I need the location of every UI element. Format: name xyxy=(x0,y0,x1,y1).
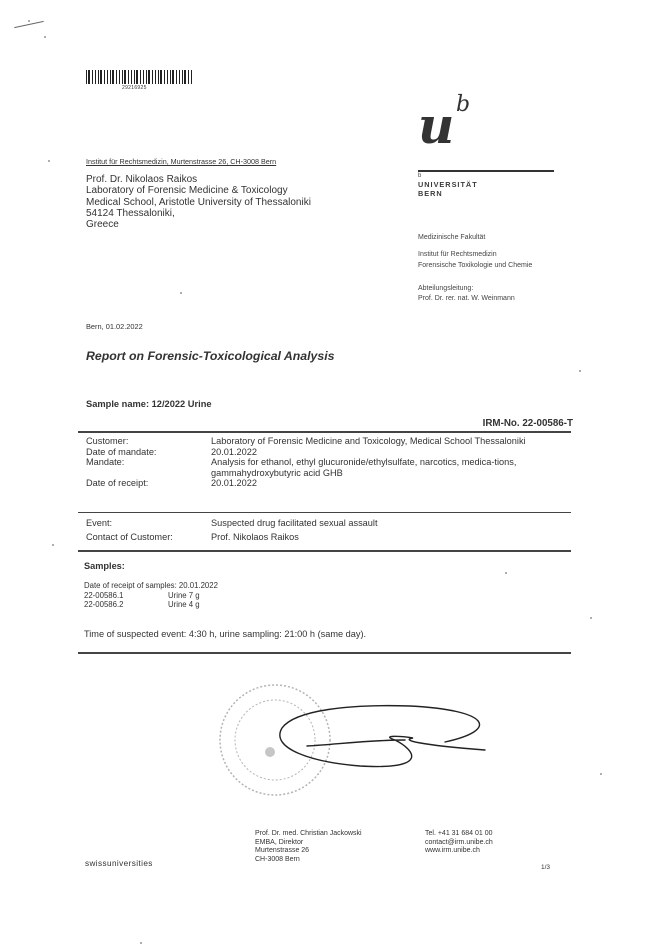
recipient-line: Greece xyxy=(86,219,311,230)
event-details-table: Event: Suspected drug facilitated sexual… xyxy=(86,518,561,542)
department-head-name: Prof. Dr. rer. nat. W. Weinmann xyxy=(418,294,515,304)
scan-speck xyxy=(590,617,592,619)
samples-list: Date of receipt of samples: 20.01.2022 2… xyxy=(84,581,218,610)
department-head-label: Abteilungsleitung: xyxy=(418,284,515,294)
footer-line: CH-3008 Bern xyxy=(255,856,362,865)
sample-id: 22-00586.2 xyxy=(84,600,168,610)
letterhead-rule xyxy=(418,170,554,172)
detail-row-mandate-date: Date of mandate: 20.01.2022 xyxy=(86,447,561,458)
case-details-table: Customer: Laboratory of Forensic Medicin… xyxy=(86,436,561,489)
detail-value: 20.01.2022 xyxy=(211,447,561,458)
university-logo-b: b xyxy=(456,92,470,117)
report-title: Report on Forensic-Toxicological Analysi… xyxy=(86,349,335,363)
detail-row-customer: Customer: Laboratory of Forensic Medicin… xyxy=(86,436,561,447)
detail-label: Date of mandate: xyxy=(86,447,211,458)
sample-row: 22-00586.1 Urine 7 g xyxy=(84,591,218,601)
university-name: UNIVERSITÄT BERN xyxy=(418,180,478,198)
official-stamp-icon xyxy=(220,685,330,795)
footer-line: EMBA, Direktor xyxy=(255,839,362,848)
phone: Tel. +41 31 684 01 00 xyxy=(425,830,493,839)
detail-value: Prof. Nikolaos Raikos xyxy=(211,532,561,543)
contact-info: Tel. +41 31 684 01 00 contact@irm.unibe.… xyxy=(425,830,493,856)
recipient-line: 54124 Thessaloniki, xyxy=(86,208,311,219)
department-head: Abteilungsleitung: Prof. Dr. rer. nat. W… xyxy=(418,284,515,303)
website-link[interactable]: www.irm.unibe.ch xyxy=(425,847,493,856)
detail-row-event: Event: Suspected drug facilitated sexual… xyxy=(86,518,561,529)
university-small-b: b xyxy=(418,173,421,179)
sample-name: Sample name: 12/2022 Urine xyxy=(86,399,212,409)
scan-speck xyxy=(140,942,142,944)
sample-desc: Urine 7 g xyxy=(168,591,200,601)
university-logo-u: u xyxy=(418,101,454,151)
recipient-line: Laboratory of Forensic Medicine & Toxico… xyxy=(86,185,311,196)
irm-number: IRM-No. 22-00586-T xyxy=(483,418,573,429)
detail-value: Laboratory of Forensic Medicine and Toxi… xyxy=(211,436,561,447)
university-label: UNIVERSITÄT xyxy=(418,180,478,189)
detail-label: Contact of Customer: xyxy=(86,532,211,543)
detail-row-receipt: Date of receipt: 20.01.2022 xyxy=(86,478,561,489)
divider xyxy=(78,431,571,433)
recipient-line: Medical School, Aristotle University of … xyxy=(86,197,311,208)
scan-speck xyxy=(48,160,50,162)
detail-row-contact: Contact of Customer: Prof. Nikolaos Raik… xyxy=(86,532,561,543)
scan-mark xyxy=(14,21,44,28)
scan-speck xyxy=(505,572,507,574)
divider xyxy=(78,550,571,552)
divider xyxy=(78,652,571,654)
event-time-line: Time of suspected event: 4:30 h, urine s… xyxy=(84,629,366,639)
detail-value: 20.01.2022 xyxy=(211,478,561,489)
barcode xyxy=(86,70,194,84)
footer-line: Prof. Dr. med. Christian Jackowski xyxy=(255,830,362,839)
page-number: 1/3 xyxy=(541,864,550,871)
detail-row-mandate: Mandate: Analysis for ethanol, ethyl glu… xyxy=(86,457,561,478)
detail-label: Date of receipt: xyxy=(86,478,211,489)
institute-name: Institut für Rechtsmedizin xyxy=(418,249,532,260)
place-date: Bern, 01.02.2022 xyxy=(86,322,143,331)
scan-speck xyxy=(28,20,30,22)
scan-speck xyxy=(600,773,602,775)
scan-speck xyxy=(44,36,46,38)
recipient-line: Prof. Dr. Nikolaos Raikos xyxy=(86,174,311,185)
footer-line: Murtenstrasse 26 xyxy=(255,847,362,856)
detail-value: Analysis for ethanol, ethyl glucuronide/… xyxy=(211,457,561,478)
samples-heading: Samples: xyxy=(84,561,125,571)
recipient-address: Prof. Dr. Nikolaos Raikos Laboratory of … xyxy=(86,174,311,230)
scan-speck xyxy=(52,544,54,546)
swissuniversities-logo: swissuniversities xyxy=(85,859,153,868)
divider xyxy=(78,512,571,513)
sample-desc: Urine 4 g xyxy=(168,600,200,610)
scan-speck xyxy=(180,292,182,294)
detail-value: Suspected drug facilitated sexual assaul… xyxy=(211,518,561,529)
sample-row: 22-00586.2 Urine 4 g xyxy=(84,600,218,610)
sample-id: 22-00586.1 xyxy=(84,591,168,601)
signature-icon xyxy=(280,706,485,767)
university-city: BERN xyxy=(418,189,478,198)
email-link[interactable]: contact@irm.unibe.ch xyxy=(425,839,493,848)
scan-speck xyxy=(579,370,581,372)
institute-block: Institut für Rechtsmedizin Forensische T… xyxy=(418,249,532,271)
department-name: Forensische Toxikologie und Chemie xyxy=(418,260,532,271)
barcode-number: 29216925 xyxy=(122,85,147,91)
stamp-and-signature xyxy=(200,670,560,810)
detail-label: Event: xyxy=(86,518,211,529)
detail-label: Mandate: xyxy=(86,457,211,478)
sender-address-line: Institut für Rechtsmedizin, Murtenstrass… xyxy=(86,157,276,166)
faculty: Medizinische Fakultät xyxy=(418,233,485,242)
director-address: Prof. Dr. med. Christian Jackowski EMBA,… xyxy=(255,830,362,864)
samples-receipt-date: Date of receipt of samples: 20.01.2022 xyxy=(84,581,218,591)
detail-label: Customer: xyxy=(86,436,211,447)
